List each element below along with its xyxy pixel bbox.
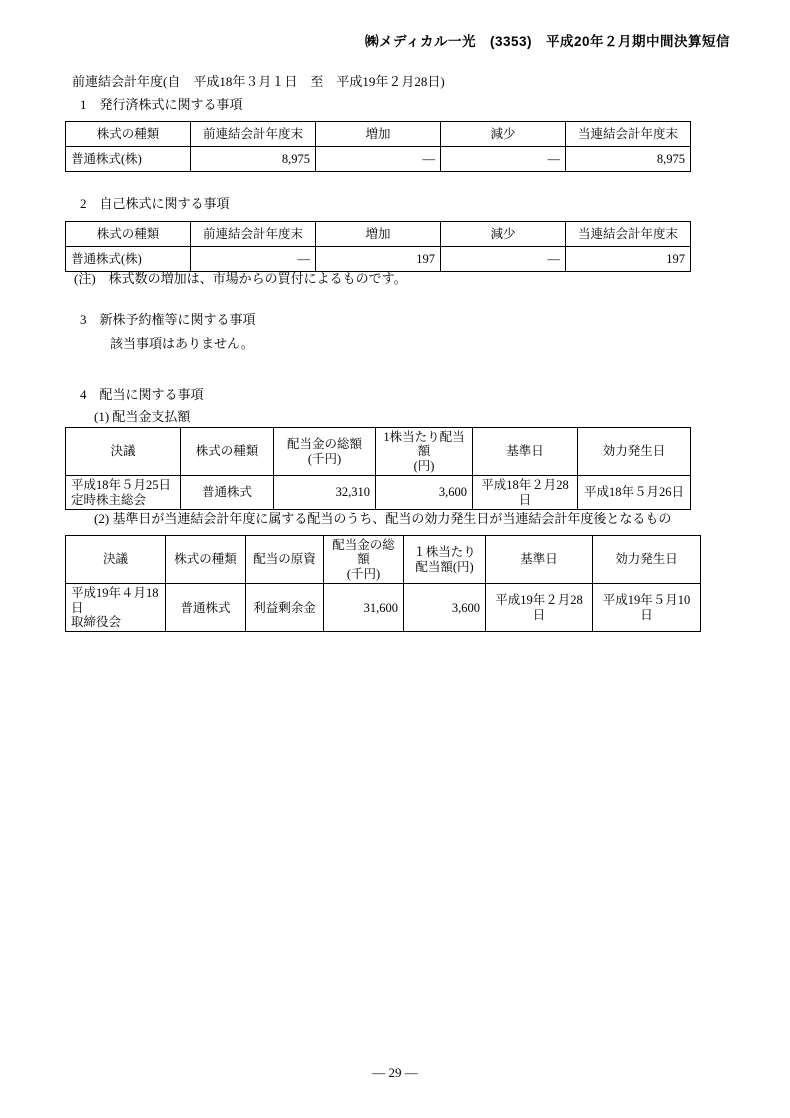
- table-cell: 平成19年４月18日 取締役会: [66, 584, 166, 632]
- period-line: 前連結会計年度(自 平成18年３月１日 至 平成19年２月28日): [72, 74, 445, 90]
- table-row: 平成18年５月25日 定時株主総会 普通株式 32,310 3,600 平成18…: [66, 476, 691, 510]
- column-header: 効力発生日: [593, 536, 701, 584]
- document-header-title: ㈱メディカル一光 (3353) 平成20年２月期中間決算短信: [365, 30, 730, 50]
- table-header-row: 株式の種類 前連結会計年度末 増加 減少 当連結会計年度末: [66, 222, 691, 247]
- issued-shares-table: 株式の種類 前連結会計年度末 増加 減少 当連結会計年度末 普通株式(株) 8,…: [65, 121, 691, 172]
- section-heading-issued-shares: 1 発行済株式に関する事項: [80, 97, 243, 113]
- column-header: 配当金の総額 (千円): [274, 428, 376, 476]
- table-cell: 普通株式: [181, 476, 274, 510]
- table-cell: 普通株式: [166, 584, 246, 632]
- column-header: 基準日: [473, 428, 578, 476]
- table-cell: 利益剰余金: [246, 584, 324, 632]
- treasury-shares-note: (注) 株式数の増加は、市場からの買付によるものです。: [74, 271, 407, 287]
- column-header: 株式の種類: [66, 122, 191, 147]
- column-header: 当連結会計年度末: [566, 122, 691, 147]
- column-header: 決議: [66, 536, 166, 584]
- treasury-shares-table: 株式の種類 前連結会計年度末 増加 減少 当連結会計年度末 普通株式(株) ― …: [65, 221, 691, 272]
- table-cell: ―: [441, 147, 566, 172]
- table-cell: 普通株式(株): [66, 147, 191, 172]
- table-cell: 平成18年２月28日: [473, 476, 578, 510]
- section-heading-dividends: 4 配当に関する事項: [80, 387, 204, 403]
- table-cell: 普通株式(株): [66, 247, 191, 272]
- column-header: 基準日: [486, 536, 593, 584]
- section-heading-stock-rights: 3 新株予約権等に関する事項: [80, 312, 256, 328]
- table-row: 普通株式(株) 8,975 ― ― 8,975: [66, 147, 691, 172]
- table-header-row: 決議 株式の種類 配当金の総額 (千円) 1株当たり配当額 (円) 基準日 効力…: [66, 428, 691, 476]
- table-cell: 8,975: [566, 147, 691, 172]
- column-header: 1株当たり配当額 (円): [376, 428, 473, 476]
- column-header: 株式の種類: [66, 222, 191, 247]
- dividends-paid-table: 決議 株式の種類 配当金の総額 (千円) 1株当たり配当額 (円) 基準日 効力…: [65, 427, 691, 510]
- document-page: ㈱メディカル一光 (3353) 平成20年２月期中間決算短信 前連結会計年度(自…: [0, 0, 790, 1118]
- section-heading-treasury-shares: 2 自己株式に関する事項: [80, 196, 230, 212]
- subsection-label-dividends-paid: (1) 配当金支払額: [94, 409, 190, 425]
- column-header: 減少: [441, 122, 566, 147]
- dividends-declared-table: 決議 株式の種類 配当の原資 配当金の総額 (千円) １株当たり 配当額(円) …: [65, 535, 701, 632]
- column-header: 配当金の総額 (千円): [324, 536, 404, 584]
- table-cell: 197: [566, 247, 691, 272]
- table-cell: 197: [316, 247, 441, 272]
- column-header: 株式の種類: [181, 428, 274, 476]
- stock-rights-body: 該当事項はありません。: [110, 336, 254, 352]
- table-cell: 平成18年５月25日 定時株主総会: [66, 476, 181, 510]
- table-cell: 31,600: [324, 584, 404, 632]
- table-cell: 平成19年２月28日: [486, 584, 593, 632]
- table-cell: 平成19年５月10日: [593, 584, 701, 632]
- column-header: 増加: [316, 222, 441, 247]
- column-header: 減少: [441, 222, 566, 247]
- table-header-row: 株式の種類 前連結会計年度末 増加 減少 当連結会計年度末: [66, 122, 691, 147]
- column-header: 前連結会計年度末: [191, 222, 316, 247]
- footer-page-number: ― 29 ―: [0, 1065, 790, 1081]
- column-header: 前連結会計年度末: [191, 122, 316, 147]
- column-header: 株式の種類: [166, 536, 246, 584]
- table-row: 平成19年４月18日 取締役会 普通株式 利益剰余金 31,600 3,600 …: [66, 584, 701, 632]
- table-cell: 3,600: [376, 476, 473, 510]
- column-header: 増加: [316, 122, 441, 147]
- subsection-label-dividends-after: (2) 基準日が当連結会計年度に属する配当のうち、配当の効力発生日が当連結会計年…: [94, 511, 671, 527]
- table-header-row: 決議 株式の種類 配当の原資 配当金の総額 (千円) １株当たり 配当額(円) …: [66, 536, 701, 584]
- table-row: 普通株式(株) ― 197 ― 197: [66, 247, 691, 272]
- table-cell: 平成18年５月26日: [578, 476, 691, 510]
- table-cell: 3,600: [404, 584, 486, 632]
- column-header: 効力発生日: [578, 428, 691, 476]
- column-header: １株当たり 配当額(円): [404, 536, 486, 584]
- column-header: 決議: [66, 428, 181, 476]
- column-header: 配当の原資: [246, 536, 324, 584]
- table-cell: ―: [316, 147, 441, 172]
- column-header: 当連結会計年度末: [566, 222, 691, 247]
- table-cell: ―: [191, 247, 316, 272]
- table-cell: ―: [441, 247, 566, 272]
- table-cell: 8,975: [191, 147, 316, 172]
- table-cell: 32,310: [274, 476, 376, 510]
